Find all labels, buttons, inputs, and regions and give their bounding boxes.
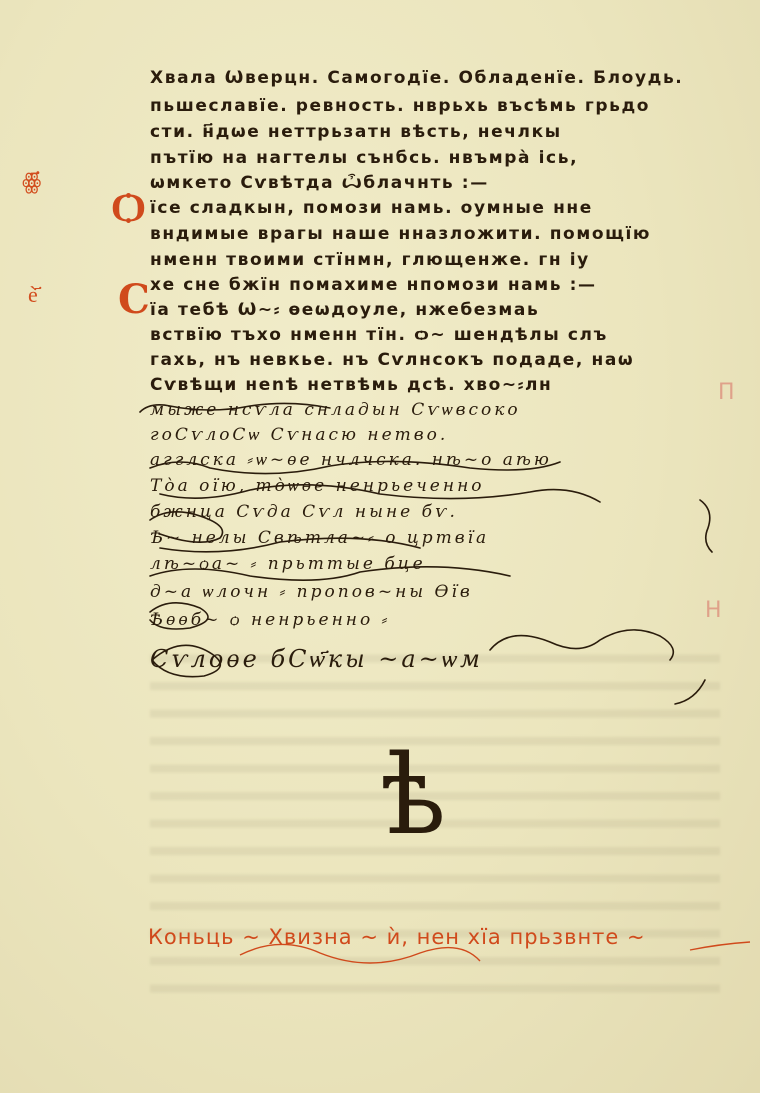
text-line: сти. н҃дѡе неттрьзатн вѣсть, нечлкы	[150, 122, 562, 142]
text-line: хе сне бжїн помахиме нпомози намь :—	[150, 275, 597, 295]
text-line: Сѵлоѳе бСѡ҃кы ~а~ѡм	[150, 645, 483, 674]
text-line: Ѣ~ нелы Свѣтла~⸗ о цртвїа	[150, 528, 489, 548]
text-line: вствїю тъхо нменн тїн. ѻ~ шендѣлы слъ	[150, 325, 608, 345]
text-line: гоСѵлоСѡ Сѵнасю нетво.	[150, 425, 448, 445]
text-line: гахь, нъ невкье. нъ Сѵлнсокъ подаде, наѡ	[150, 350, 634, 370]
text-line: нменн твоими стїнмн, глющенже. гн іу	[150, 250, 590, 270]
faint-marginal-mark: Н	[705, 598, 722, 623]
text-line: д~а ѡлочн ⸗ пропов~ны Ѳїв	[150, 582, 473, 602]
text-line: мыже нсѵла снладын Сѵѡвсоко	[150, 400, 521, 420]
text-line: агглска ⸗ѡ~ѳе нчлчска. нѣ~о аѣю	[150, 450, 552, 470]
red-initial-s: С	[118, 276, 150, 323]
text-line: бжнца Сѵда Сѵл ныне бѵ.	[150, 502, 458, 522]
text-line: Ѣѳѳб~ ѻ ненрьенно ⸗	[150, 610, 390, 630]
large-decorative-letter: ѣ	[380, 740, 446, 850]
text-line: Сѵвѣщи неnѣ нетвѣмь дсѣ. хво~⸗лн	[150, 375, 552, 395]
text-line: пьшеславїе. ревность. нврьхь въсѣмь грьд…	[150, 96, 650, 116]
text-line: Хвала Ѡверцн. Самогодїе. Обладенїе. Блоу…	[150, 68, 683, 88]
text-line: вндимые врагы наше нназложити. помощїю	[150, 224, 651, 244]
faint-marginal-mark: П	[718, 380, 735, 405]
text-line: лѣ~ѻа~ ⸗ прьттые бце	[150, 554, 426, 574]
manuscript-page: ꙮ҃ ѐ҃ П Н Ѻ С Хвала Ѡверцн. Самогодїе. О…	[0, 0, 760, 1093]
margin-note-2: ѐ҃	[28, 282, 38, 308]
margin-note-1: ꙮ҃	[22, 170, 41, 195]
red-colophon: Коньць ~ Хвизна ~ ѝ, нен хїа прьзвнте ~	[148, 925, 646, 949]
text-line: ѡмкето Сѵвѣтда ѽблачнть :—	[150, 173, 489, 193]
red-initial-o: Ѻ	[112, 184, 145, 231]
text-line: пътїю на нагтелы сънбсь. нвъмра̀ ісь,	[150, 148, 578, 168]
text-line: їа тебѣ Ѡ~⸗ ѳеѡдоуле, нжебезмаь	[150, 300, 539, 320]
text-line: їсе сладкын, помози намь. оумные нне	[150, 198, 593, 218]
text-line: То̀а оїю, то̀ѡѳе ненрьеченно	[150, 476, 485, 496]
